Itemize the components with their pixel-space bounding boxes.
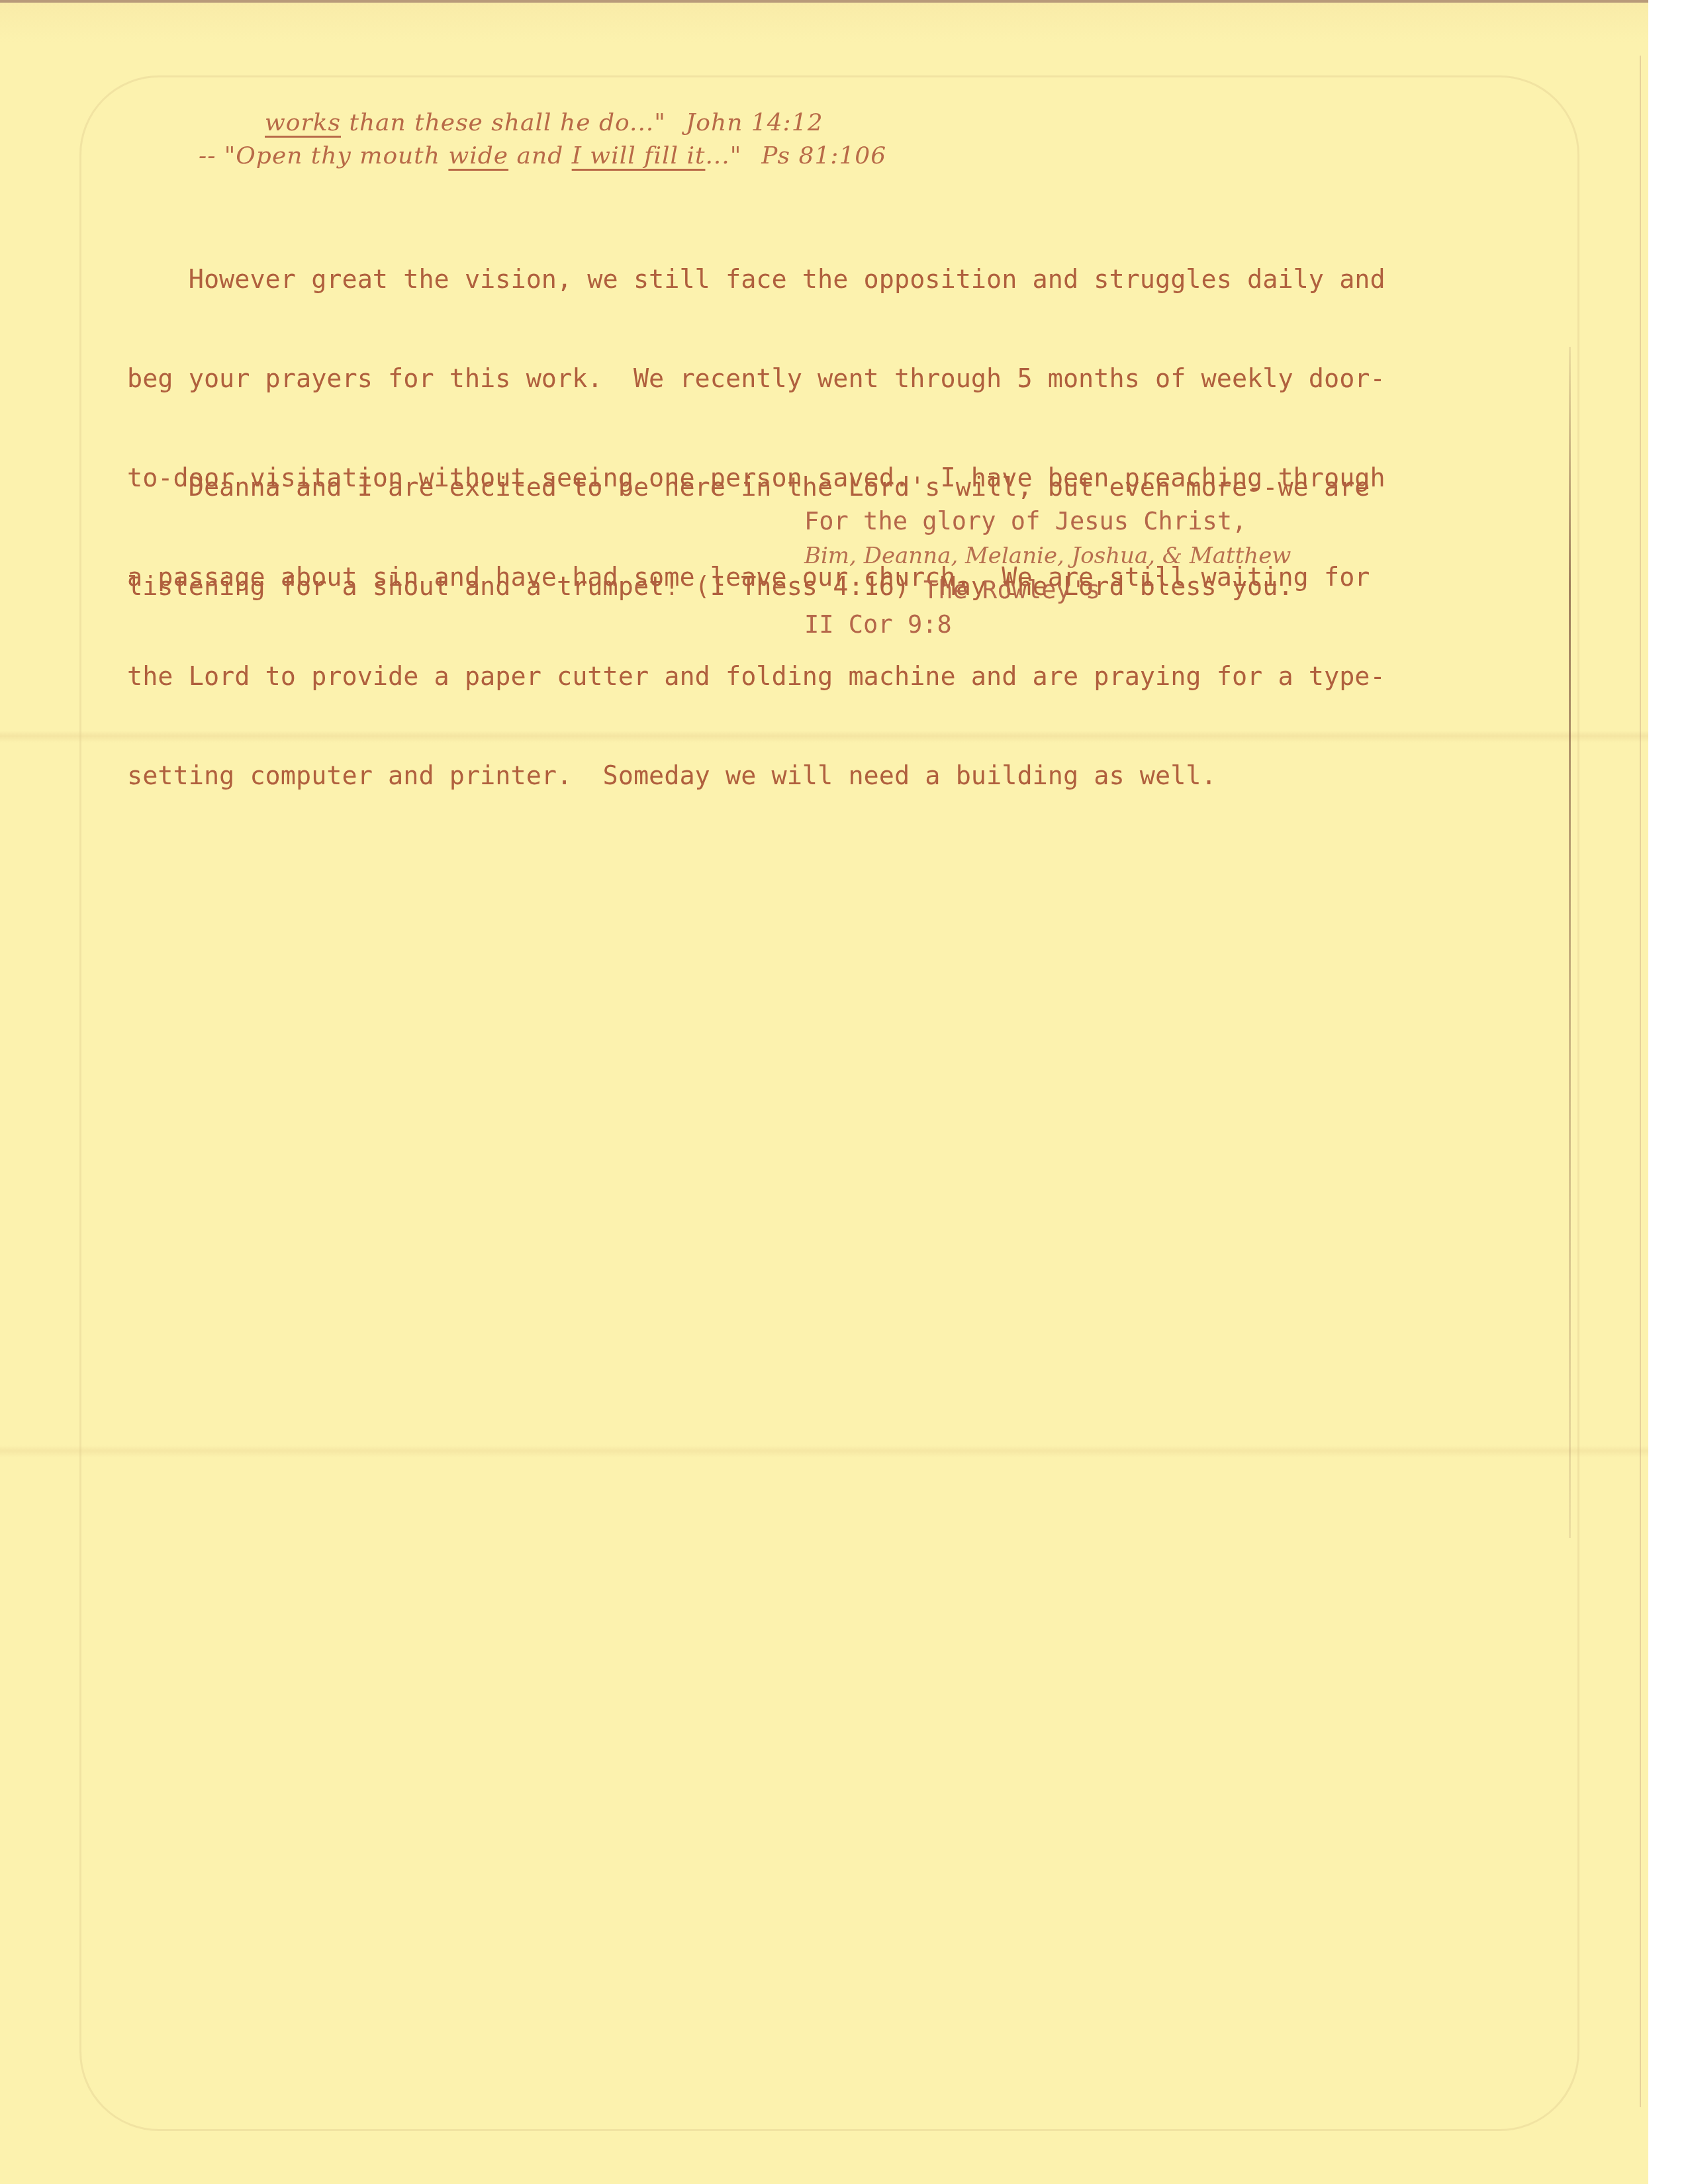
quote-text: and <box>508 142 572 169</box>
scripture-reference: John 14:12 <box>686 109 823 136</box>
signature-closing: For the glory of Jesus Christ, <box>804 504 1291 539</box>
signature-verse: II Cor 9:8 <box>804 608 1291 642</box>
quote-line-1: works than these shall he do..."John 14:… <box>265 109 823 136</box>
quote-emphasis-wide: wide <box>448 142 508 169</box>
quote-text: Open thy mouth <box>236 142 448 169</box>
paragraph-line: Deanna and I are excited to be here in t… <box>127 471 1511 504</box>
scripture-reference: Ps 81:106 <box>761 142 886 169</box>
signature-names: Bim, Deanna, Melanie, Joshua, & Matthew <box>804 539 1291 573</box>
quote-line-2: -- "Open thy mouth wide and I will fill … <box>199 142 886 169</box>
quote-prefix: -- " <box>199 142 236 169</box>
paragraph-line: setting computer and printer. Someday we… <box>127 760 1511 793</box>
paragraph-line: However great the vision, we still face … <box>127 263 1511 296</box>
quote-text: than these shall he do..." <box>341 109 666 136</box>
quote-emphasis-fill: I will fill it <box>572 142 706 169</box>
signature-block: For the glory of Jesus Christ, Bim, Dean… <box>804 504 1291 642</box>
quote-emphasis-works: works <box>265 109 341 136</box>
letter-content: works than these shall he do..."John 14:… <box>0 0 1688 2184</box>
signature-family: The Rowley's <box>804 573 1291 608</box>
quote-text: ..." <box>705 142 741 169</box>
paragraph-line: beg your prayers for this work. We recen… <box>127 363 1511 396</box>
